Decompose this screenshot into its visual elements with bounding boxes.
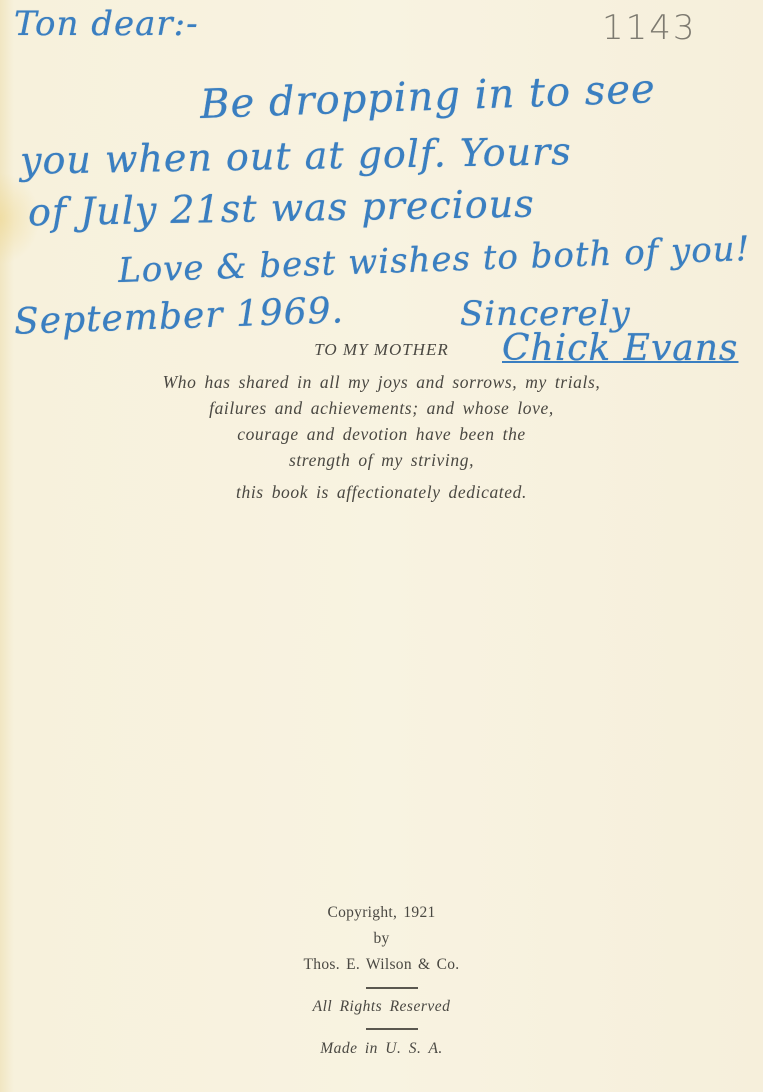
inscription-salutation: Ton dear:- xyxy=(14,4,199,44)
rights-reserved: All Rights Reserved xyxy=(0,998,763,1016)
divider-rule xyxy=(366,987,418,989)
inscription-line: Love & best wishes to both of you! xyxy=(117,229,750,291)
dedication-line: Who has shared in all my joys and sorrow… xyxy=(0,372,763,393)
inscription-line: you when out at golf. Yours xyxy=(20,129,572,183)
inscription-date: September 1969. xyxy=(13,290,344,342)
archive-number: 1143 xyxy=(602,8,697,48)
copyright-year: Copyright, 1921 xyxy=(0,904,763,922)
book-page: 1143 Ton dear:- Be dropping in to see yo… xyxy=(0,0,763,1092)
dedication-title: TO MY MOTHER xyxy=(0,340,763,360)
dedication-line: this book is affectionately dedicated. xyxy=(0,482,763,503)
inscription-line: Be dropping in to see xyxy=(199,66,656,128)
copyright-by: by xyxy=(0,930,763,948)
inscription-line: of July 21st was precious xyxy=(28,182,535,235)
dedication-line: strength of my striving, xyxy=(0,450,763,471)
publisher-name: Thos. E. Wilson & Co. xyxy=(0,956,763,974)
dedication-line: courage and devotion have been the xyxy=(0,424,763,445)
made-in: Made in U. S. A. xyxy=(0,1040,763,1058)
dedication-line: failures and achievements; and whose lov… xyxy=(0,398,763,419)
divider-rule xyxy=(366,1028,418,1030)
